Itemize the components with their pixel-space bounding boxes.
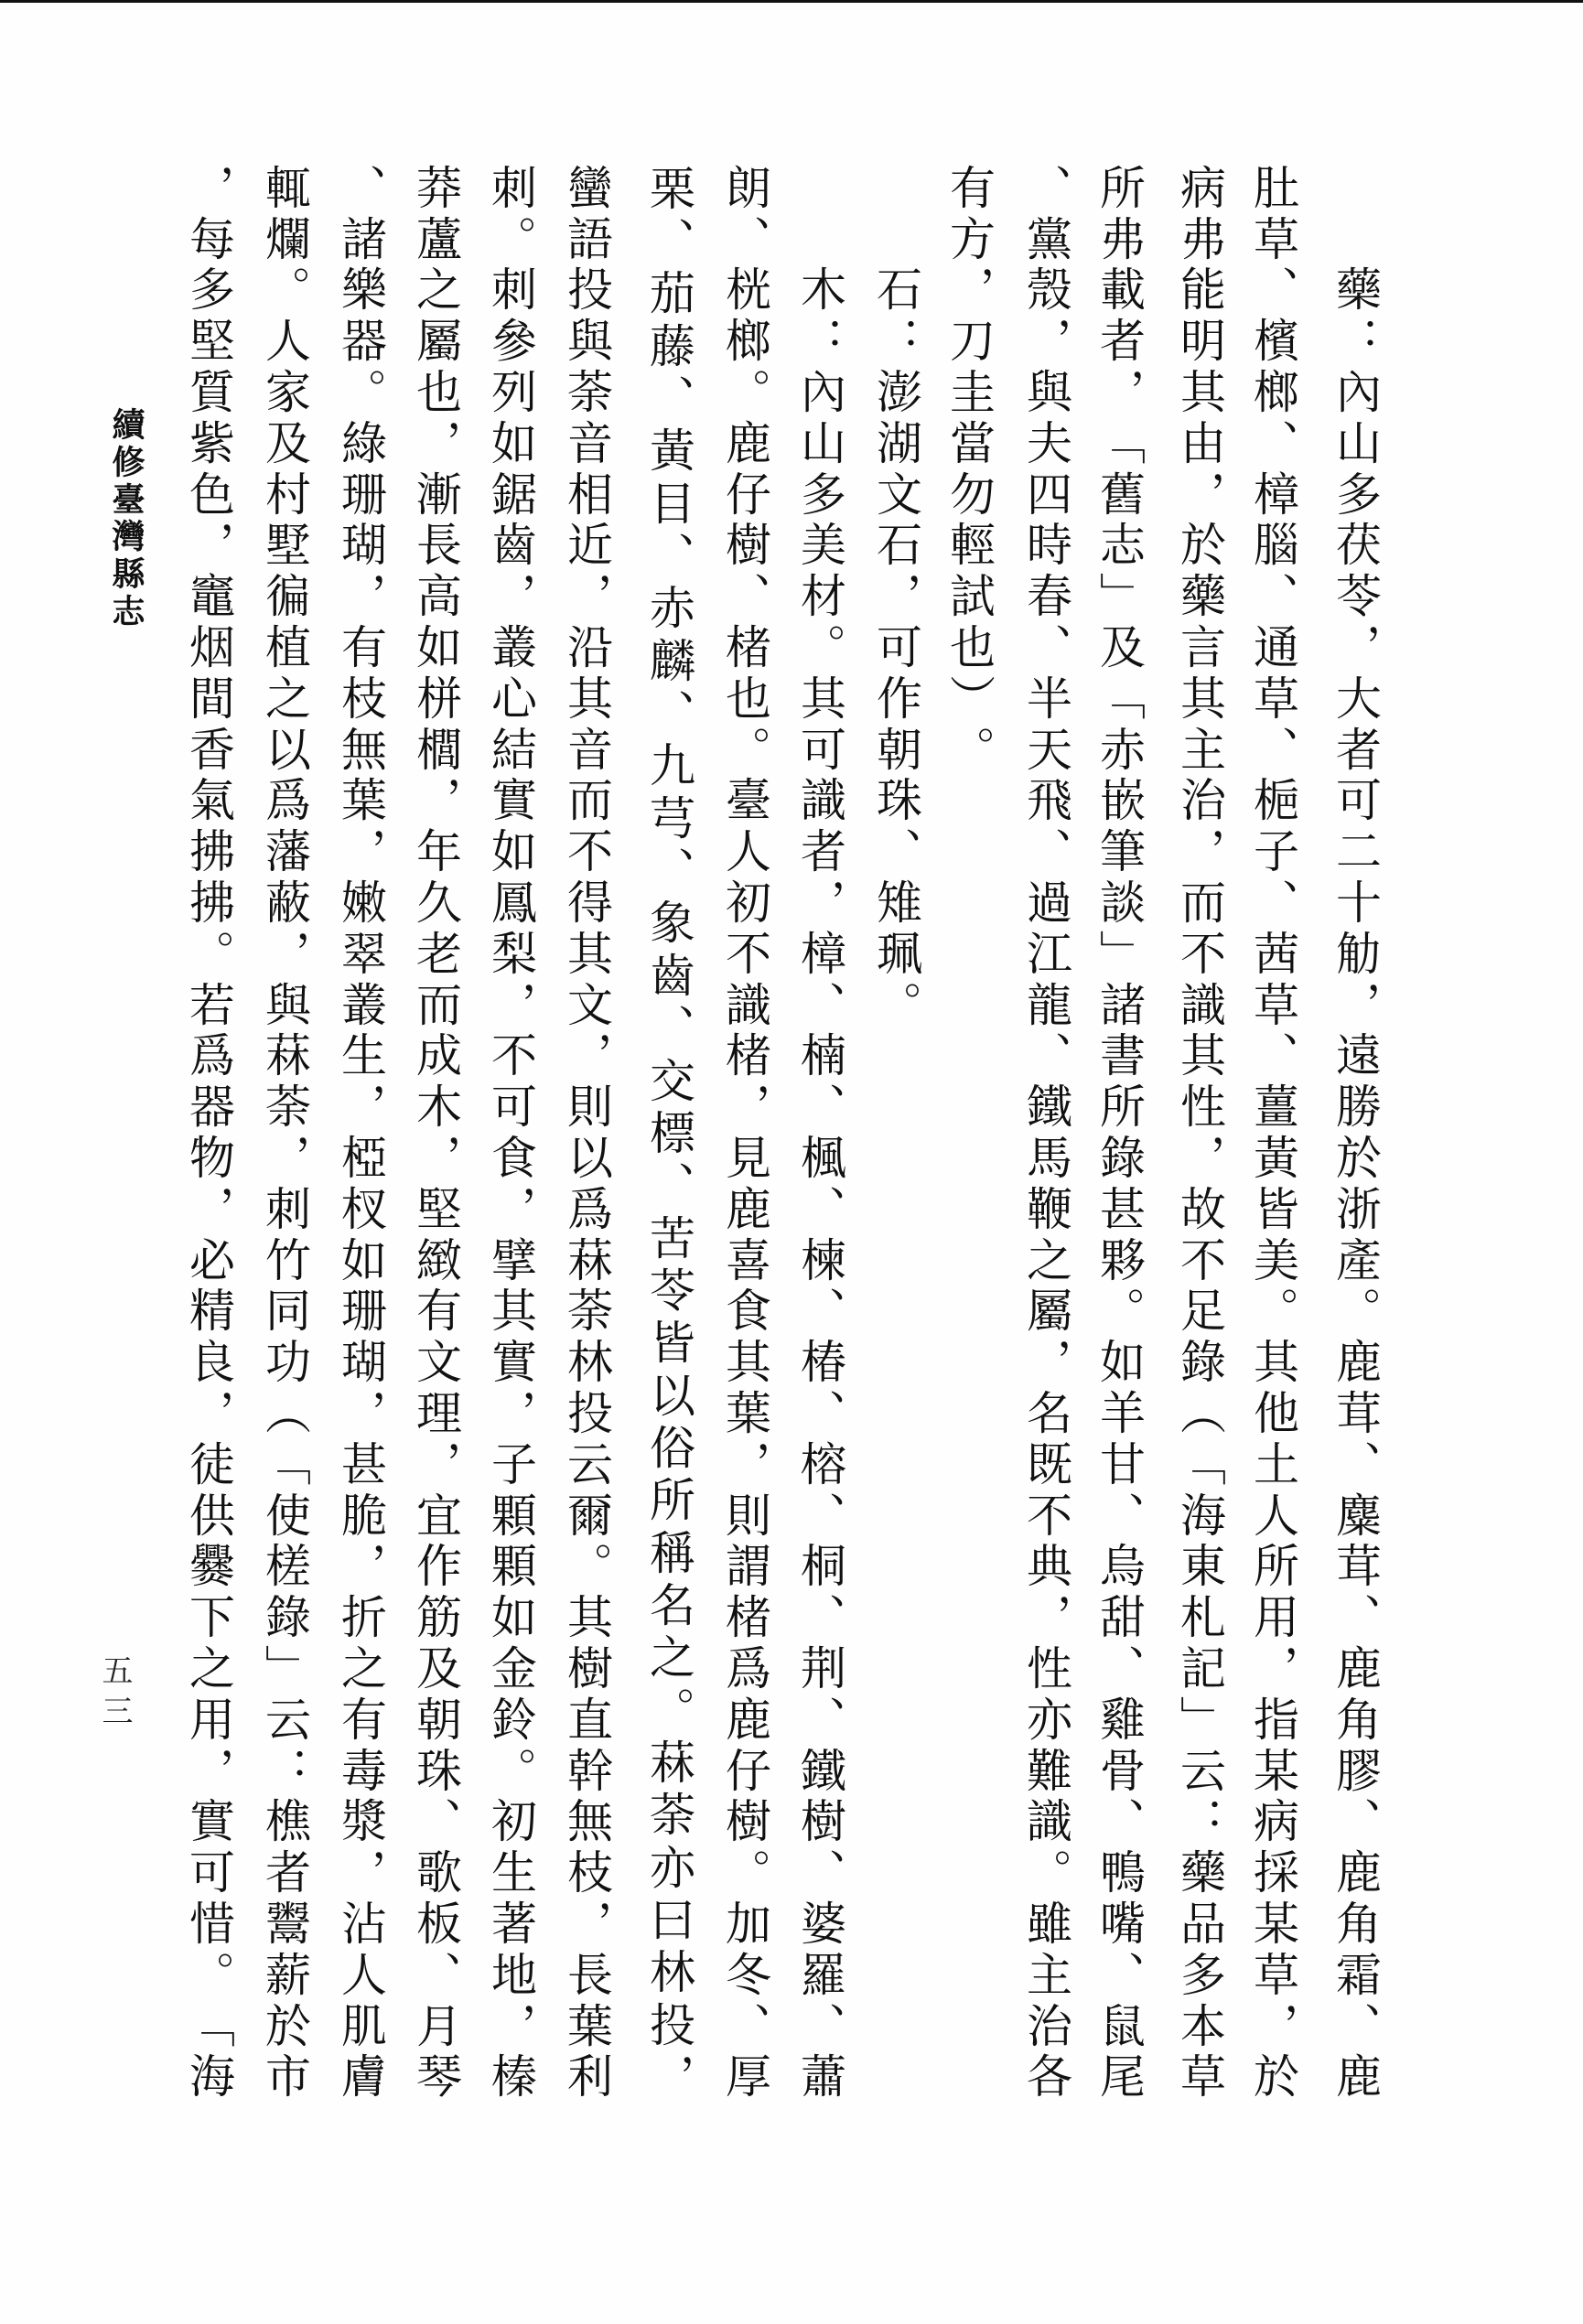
glyph: 其 bbox=[1173, 672, 1224, 723]
glyph: 漿 bbox=[334, 1795, 385, 1846]
glyph: 良 bbox=[182, 1335, 233, 1386]
glyph: 林 bbox=[642, 1945, 694, 1997]
glyph: 其 bbox=[1173, 365, 1224, 416]
glyph: 、 bbox=[1246, 569, 1298, 620]
glyph: 有 bbox=[334, 620, 385, 672]
glyph: 鳳 bbox=[484, 876, 535, 927]
glyph: 竈 bbox=[182, 569, 233, 620]
glyph: 食 bbox=[718, 1285, 770, 1336]
glyph: ： bbox=[258, 1744, 309, 1795]
glyph: 實 bbox=[484, 1335, 535, 1386]
glyph: 甜 bbox=[1093, 1590, 1144, 1641]
glyph: 年 bbox=[409, 824, 460, 876]
glyph: 拂 bbox=[182, 876, 233, 927]
glyph: （ bbox=[1173, 1386, 1224, 1437]
glyph: 識 bbox=[718, 978, 770, 1029]
medicine-line-2: 肚草、檳榔、樟腦、通草、梔子、茜草、薑黃皆美。其他土人所用，指某病採某草，於 bbox=[1246, 161, 1298, 2101]
wood-line-4: 蠻語投與荼音相近，沿其音而不得其文，則以爲菻荼林投云爾。其樹直幹無枝，長葉利 bbox=[560, 161, 611, 2101]
glyph: 家 bbox=[258, 365, 309, 416]
glyph: 。 bbox=[560, 1540, 611, 1591]
glyph: 草 bbox=[1173, 2050, 1224, 2101]
glyph: 葉 bbox=[560, 1999, 611, 2050]
glyph: 其 bbox=[1246, 1335, 1298, 1386]
glyph: 紫 bbox=[182, 416, 233, 468]
glyph: 勝 bbox=[1329, 1080, 1380, 1131]
glyph: 叢 bbox=[334, 978, 385, 1029]
glyph: ， bbox=[182, 1744, 233, 1795]
glyph: 治 bbox=[1019, 1999, 1071, 2050]
glyph: 足 bbox=[1173, 1285, 1224, 1336]
glyph: 顆 bbox=[484, 1540, 535, 1591]
glyph: 如 bbox=[1093, 1335, 1144, 1386]
glyph: 之 bbox=[334, 1641, 385, 1693]
glyph: 飛 bbox=[1019, 774, 1071, 825]
glyph: 刀 bbox=[942, 314, 994, 365]
glyph: 朝 bbox=[869, 723, 921, 774]
glyph: 近 bbox=[560, 519, 611, 570]
glyph: 之 bbox=[1019, 1233, 1071, 1285]
glyph: 厚 bbox=[718, 2050, 770, 2101]
glyph: 病 bbox=[1246, 1795, 1298, 1846]
glyph: 椏 bbox=[334, 1131, 385, 1182]
glyph: 有 bbox=[334, 1693, 385, 1744]
glyph: 多 bbox=[1329, 468, 1380, 519]
glyph: 曰 bbox=[642, 1892, 694, 1944]
glyph: 榔 bbox=[1246, 365, 1298, 416]
glyph: 天 bbox=[1019, 723, 1071, 774]
glyph: 蘆 bbox=[409, 212, 460, 264]
glyph: 爨 bbox=[182, 1540, 233, 1591]
glyph: 。 bbox=[258, 264, 309, 315]
glyph: 可 bbox=[182, 1845, 233, 1897]
glyph: 不 bbox=[1019, 1489, 1071, 1540]
glyph: 於 bbox=[1173, 519, 1224, 570]
glyph: 以 bbox=[258, 723, 309, 774]
glyph: 、 bbox=[409, 1795, 460, 1846]
glyph: 」 bbox=[1093, 927, 1144, 978]
glyph: 、 bbox=[334, 161, 385, 212]
glyph: 識 bbox=[1019, 1795, 1071, 1846]
glyph: 藥 bbox=[1329, 264, 1380, 315]
glyph: ， bbox=[182, 519, 233, 570]
glyph: ： bbox=[1329, 314, 1380, 365]
glyph: 木 bbox=[793, 264, 845, 315]
glyph: 草 bbox=[1246, 978, 1298, 1029]
glyph: 甘 bbox=[1093, 1437, 1144, 1489]
glyph: 亦 bbox=[642, 1840, 694, 1892]
glyph: 翠 bbox=[334, 927, 385, 978]
glyph: 鞭 bbox=[1019, 1182, 1071, 1233]
glyph: 高 bbox=[409, 569, 460, 620]
glyph: 過 bbox=[1019, 876, 1071, 927]
glyph: 臺 bbox=[718, 774, 770, 825]
glyph: 、 bbox=[642, 371, 694, 423]
glyph: ， bbox=[1019, 1335, 1071, 1386]
glyph: 骨 bbox=[1093, 1744, 1144, 1795]
glyph: 輒 bbox=[258, 161, 309, 212]
glyph: 云 bbox=[560, 1437, 611, 1489]
glyph: 蠻 bbox=[560, 161, 611, 212]
glyph: 之 bbox=[182, 1641, 233, 1693]
glyph: 精 bbox=[182, 1285, 233, 1336]
glyph: 。 bbox=[1246, 1285, 1298, 1336]
glyph: 諸 bbox=[1093, 978, 1144, 1029]
glyph: 之 bbox=[642, 1630, 694, 1683]
glyph: 冬 bbox=[718, 1948, 770, 1999]
glyph: 灣 bbox=[108, 517, 145, 554]
glyph: 爲 bbox=[560, 1182, 611, 1233]
glyph: 荼 bbox=[560, 365, 611, 416]
glyph: 半 bbox=[1019, 672, 1071, 723]
glyph: ， bbox=[182, 1386, 233, 1437]
glyph: 於 bbox=[258, 1999, 309, 2050]
glyph: ， bbox=[869, 569, 921, 620]
glyph: 婆 bbox=[793, 1897, 845, 1948]
glyph: 、 bbox=[1246, 1029, 1298, 1081]
glyph: 與 bbox=[1019, 365, 1071, 416]
glyph: 筋 bbox=[409, 1590, 460, 1641]
glyph: 與 bbox=[258, 978, 309, 1029]
glyph: 三 bbox=[98, 1690, 135, 1730]
glyph: ， bbox=[334, 1080, 385, 1131]
glyph: 樹 bbox=[793, 1795, 845, 1846]
glyph: 夫 bbox=[1019, 416, 1071, 468]
glyph: 、 bbox=[1329, 1437, 1380, 1489]
glyph: 每 bbox=[182, 212, 233, 264]
glyph: 海 bbox=[1173, 1489, 1224, 1540]
glyph: 樵 bbox=[258, 1795, 309, 1846]
glyph: 茜 bbox=[1246, 927, 1298, 978]
glyph: 實 bbox=[182, 1795, 233, 1846]
glyph: 黨 bbox=[1019, 212, 1071, 264]
glyph: 理 bbox=[409, 1386, 460, 1437]
glyph: 記 bbox=[1173, 1641, 1224, 1693]
glyph: 。 bbox=[718, 1845, 770, 1897]
glyph: 、 bbox=[409, 1948, 460, 1999]
glyph: 主 bbox=[1173, 723, 1224, 774]
glyph: 不 bbox=[1173, 1233, 1224, 1285]
glyph: 枝 bbox=[334, 672, 385, 723]
glyph: 文 bbox=[869, 468, 921, 519]
glyph: 爛 bbox=[258, 212, 309, 264]
glyph: 刺 bbox=[484, 264, 535, 315]
glyph: 鐵 bbox=[1019, 1080, 1071, 1131]
glyph: 作 bbox=[869, 672, 921, 723]
glyph: 香 bbox=[182, 723, 233, 774]
glyph: 者 bbox=[258, 1845, 309, 1897]
glyph: 菻 bbox=[258, 1029, 309, 1081]
glyph: 舊 bbox=[1093, 468, 1144, 519]
glyph: 鐵 bbox=[793, 1744, 845, 1795]
glyph: 交 bbox=[642, 1053, 694, 1105]
glyph: 腦 bbox=[1246, 519, 1298, 570]
glyph: 桐 bbox=[793, 1540, 845, 1591]
glyph: 、 bbox=[1093, 1948, 1144, 1999]
glyph: 。 bbox=[718, 723, 770, 774]
glyph: 如 bbox=[409, 620, 460, 672]
glyph: 明 bbox=[1173, 314, 1224, 365]
glyph: 見 bbox=[718, 1131, 770, 1182]
glyph: 喜 bbox=[718, 1233, 770, 1285]
glyph: 治 bbox=[1173, 774, 1224, 825]
glyph: 、 bbox=[1329, 1590, 1380, 1641]
glyph: ， bbox=[1173, 824, 1224, 876]
glyph: ： bbox=[869, 314, 921, 365]
glyph: 雞 bbox=[1093, 1693, 1144, 1744]
glyph: 之 bbox=[258, 672, 309, 723]
glyph: 楮 bbox=[718, 1590, 770, 1641]
glyph: ， bbox=[484, 1999, 535, 2050]
glyph: 。 bbox=[718, 365, 770, 416]
glyph: 。 bbox=[1019, 1845, 1071, 1897]
glyph: 遠 bbox=[1329, 1029, 1380, 1081]
glyph: 若 bbox=[182, 978, 233, 1029]
glyph: ， bbox=[560, 1029, 611, 1081]
glyph: 苦 bbox=[642, 1210, 694, 1263]
glyph: 苓 bbox=[642, 1263, 694, 1315]
glyph: 墅 bbox=[258, 519, 309, 570]
glyph: 漸 bbox=[409, 468, 460, 519]
glyph: 竹 bbox=[258, 1233, 309, 1285]
glyph: 載 bbox=[1093, 264, 1144, 315]
glyph: 性 bbox=[1173, 1080, 1224, 1131]
glyph: 產 bbox=[1329, 1233, 1380, 1285]
glyph: 、 bbox=[793, 1999, 845, 2050]
glyph: 者 bbox=[793, 824, 845, 876]
glyph: 美 bbox=[793, 519, 845, 570]
glyph: 某 bbox=[1246, 1744, 1298, 1795]
glyph: 荼 bbox=[560, 1285, 611, 1336]
glyph: 」 bbox=[1173, 1693, 1224, 1744]
glyph: 藥 bbox=[1173, 1845, 1224, 1897]
glyph: 菻 bbox=[560, 1233, 611, 1285]
glyph: 、 bbox=[1246, 876, 1298, 927]
glyph: 」 bbox=[258, 1641, 309, 1693]
glyph: 得 bbox=[560, 876, 611, 927]
glyph: 。 bbox=[942, 723, 994, 774]
glyph: 沿 bbox=[560, 620, 611, 672]
glyph: 之 bbox=[409, 264, 460, 315]
glyph: 功 bbox=[258, 1335, 309, 1386]
glyph: 俗 bbox=[642, 1420, 694, 1472]
glyph: 赤 bbox=[1093, 723, 1144, 774]
glyph: 。 bbox=[869, 978, 921, 1029]
glyph: 結 bbox=[484, 723, 535, 774]
glyph: 「 bbox=[182, 1999, 233, 2050]
glyph: 音 bbox=[560, 723, 611, 774]
glyph: 金 bbox=[484, 1641, 535, 1693]
glyph: 藤 bbox=[642, 318, 694, 371]
glyph: 鹿 bbox=[1329, 1335, 1380, 1386]
glyph: 及 bbox=[409, 1641, 460, 1693]
glyph: 歌 bbox=[409, 1845, 460, 1897]
glyph: 湖 bbox=[869, 416, 921, 468]
glyph: ， bbox=[334, 569, 385, 620]
glyph: 「 bbox=[258, 1437, 309, 1489]
wood-line-6: 莽蘆之屬也，漸長高如栟櫚，年久老而成木，堅緻有文理，宜作筋及朝珠、歌板、月琴 bbox=[409, 161, 460, 2101]
glyph: 於 bbox=[1246, 2050, 1298, 2101]
glyph: 錄 bbox=[1093, 1131, 1144, 1182]
glyph: 器 bbox=[334, 314, 385, 365]
glyph: ， bbox=[560, 1897, 611, 1948]
glyph: 多 bbox=[1173, 1948, 1224, 1999]
glyph: 鹿 bbox=[718, 1693, 770, 1744]
glyph: 美 bbox=[1246, 1233, 1298, 1285]
glyph: 羊 bbox=[1093, 1386, 1144, 1437]
wood-line-9: ，每多堅質紫色，竈烟間香氣拂拂。若爲器物，必精良，徒供爨下之用，實可惜。「海 bbox=[182, 161, 233, 2101]
wood-line-8: 輒爛。人家及村墅徧植之以爲藩蔽，與菻荼，刺竹同功（「使槎錄」云：樵者鬻薪於市 bbox=[258, 161, 309, 2101]
glyph: ， bbox=[182, 161, 233, 212]
glyph: 茄 bbox=[642, 266, 694, 318]
glyph: 弗 bbox=[1093, 212, 1144, 264]
glyph: 蔽 bbox=[258, 876, 309, 927]
glyph: 折 bbox=[334, 1590, 385, 1641]
glyph: 「 bbox=[1093, 416, 1144, 468]
glyph: 及 bbox=[258, 416, 309, 468]
glyph: 爲 bbox=[718, 1641, 770, 1693]
glyph: 直 bbox=[560, 1693, 611, 1744]
glyph: 故 bbox=[1173, 1182, 1224, 1233]
page-number: 五三 bbox=[98, 1650, 135, 1730]
glyph: 某 bbox=[1246, 1897, 1298, 1948]
glyph: 鋸 bbox=[484, 468, 535, 519]
glyph: 蕭 bbox=[793, 2050, 845, 2101]
wood-line-5: 刺。刺參列如鋸齒，叢心結實如鳳梨，不可食，擘其實，子顆顆如金鈴。初生著地，榛 bbox=[484, 161, 535, 2101]
medicine-line-3: 病弗能明其由，於藥言其主治，而不識其性，故不足錄（「海東札記」云：藥品多本草 bbox=[1173, 161, 1224, 2101]
glyph: 顆 bbox=[484, 1489, 535, 1540]
glyph: 霜 bbox=[1329, 1948, 1380, 1999]
glyph: 樹 bbox=[560, 1641, 611, 1693]
glyph: 如 bbox=[334, 1233, 385, 1285]
glyph: 也 bbox=[942, 620, 994, 672]
glyph: 而 bbox=[409, 978, 460, 1029]
glyph: 可 bbox=[1329, 774, 1380, 825]
glyph: 而 bbox=[1173, 876, 1224, 927]
glyph: 拂 bbox=[182, 824, 233, 876]
glyph: 村 bbox=[258, 468, 309, 519]
glyph: 薪 bbox=[258, 1948, 309, 1999]
glyph: 、 bbox=[1329, 1795, 1380, 1846]
glyph: 作 bbox=[409, 1540, 460, 1591]
glyph: 幹 bbox=[560, 1744, 611, 1795]
glyph: 鹿 bbox=[718, 1182, 770, 1233]
glyph: 楓 bbox=[793, 1131, 845, 1182]
glyph: 人 bbox=[334, 1948, 385, 1999]
glyph: 長 bbox=[409, 519, 460, 570]
glyph: 鹿 bbox=[1329, 1845, 1380, 1897]
glyph: 修 bbox=[108, 443, 145, 480]
glyph: 可 bbox=[793, 723, 845, 774]
glyph: ， bbox=[182, 1182, 233, 1233]
glyph: 、 bbox=[1093, 1641, 1144, 1693]
glyph: 鈴 bbox=[484, 1693, 535, 1744]
glyph: 各 bbox=[1019, 2050, 1071, 2101]
glyph: 者 bbox=[1093, 314, 1144, 365]
glyph: 珊 bbox=[334, 1285, 385, 1336]
glyph: 如 bbox=[484, 824, 535, 876]
glyph: 榛 bbox=[484, 2050, 535, 2101]
glyph: 難 bbox=[1019, 1744, 1071, 1795]
glyph: 筆 bbox=[1093, 824, 1144, 876]
glyph: 角 bbox=[1329, 1693, 1380, 1744]
glyph: 不 bbox=[1173, 927, 1224, 978]
glyph: 時 bbox=[1019, 519, 1071, 570]
glyph: 人 bbox=[1246, 1489, 1298, 1540]
glyph: 如 bbox=[484, 416, 535, 468]
glyph: 可 bbox=[869, 620, 921, 672]
glyph: 標 bbox=[642, 1105, 694, 1157]
glyph: 品 bbox=[1173, 1897, 1224, 1948]
glyph: ， bbox=[942, 264, 994, 315]
glyph: 皆 bbox=[1246, 1182, 1298, 1233]
glyph: ， bbox=[718, 1437, 770, 1489]
glyph: ， bbox=[1329, 978, 1380, 1029]
glyph: 以 bbox=[560, 1131, 611, 1182]
glyph: 列 bbox=[484, 365, 535, 416]
glyph: ， bbox=[642, 2050, 694, 2102]
glyph: 生 bbox=[334, 1029, 385, 1081]
glyph: 人 bbox=[718, 824, 770, 876]
glyph: 能 bbox=[1173, 264, 1224, 315]
glyph: ， bbox=[718, 1080, 770, 1131]
wood-line-2: 朗、桄榔。鹿仔樹、楮也。臺人初不識楮，見鹿喜食其葉，則謂楮爲鹿仔樹。加冬、厚 bbox=[718, 161, 770, 2101]
glyph: ， bbox=[484, 978, 535, 1029]
glyph: 通 bbox=[1246, 620, 1298, 672]
glyph: 仔 bbox=[718, 1744, 770, 1795]
medicine-line-6: 有方，刀圭當勿輕試也）。 bbox=[942, 161, 994, 774]
glyph: 綠 bbox=[334, 416, 385, 468]
glyph: 莽 bbox=[409, 161, 460, 212]
glyph: 馬 bbox=[1019, 1131, 1071, 1182]
glyph: 楮 bbox=[718, 1029, 770, 1081]
glyph: 珠 bbox=[409, 1744, 460, 1795]
glyph: 象 bbox=[642, 896, 694, 948]
glyph: 膠 bbox=[1329, 1744, 1380, 1795]
glyph: 葉 bbox=[334, 774, 385, 825]
glyph: 、 bbox=[1329, 1999, 1380, 2050]
glyph: 於 bbox=[1329, 1131, 1380, 1182]
glyph: 楠 bbox=[793, 1029, 845, 1081]
glyph: 地 bbox=[484, 1948, 535, 1999]
glyph: 投 bbox=[642, 1997, 694, 2050]
glyph: 、 bbox=[793, 1182, 845, 1233]
glyph: 無 bbox=[334, 723, 385, 774]
glyph: ， bbox=[258, 1131, 309, 1182]
glyph: ， bbox=[484, 1386, 535, 1437]
glyph: 同 bbox=[258, 1285, 309, 1336]
glyph: 者 bbox=[1329, 723, 1380, 774]
glyph: 、 bbox=[1019, 1029, 1071, 1081]
glyph: 樟 bbox=[793, 927, 845, 978]
glyph: 如 bbox=[484, 1590, 535, 1641]
glyph: 木 bbox=[409, 1080, 460, 1131]
glyph: 續 bbox=[108, 405, 145, 443]
glyph: 。 bbox=[793, 620, 845, 672]
glyph: 內 bbox=[1329, 365, 1380, 416]
glyph: 、 bbox=[793, 1845, 845, 1897]
glyph: 所 bbox=[642, 1473, 694, 1525]
glyph: 、 bbox=[642, 1158, 694, 1210]
glyph: 本 bbox=[1173, 1999, 1224, 2050]
glyph: 甚 bbox=[334, 1437, 385, 1489]
glyph: 櫚 bbox=[409, 723, 460, 774]
glyph: 採 bbox=[1246, 1845, 1298, 1897]
glyph: 草 bbox=[1246, 1948, 1298, 1999]
glyph: 尾 bbox=[1093, 2050, 1144, 2101]
glyph: 多 bbox=[793, 468, 845, 519]
glyph: 屬 bbox=[1019, 1285, 1071, 1336]
glyph: 山 bbox=[1329, 416, 1380, 468]
